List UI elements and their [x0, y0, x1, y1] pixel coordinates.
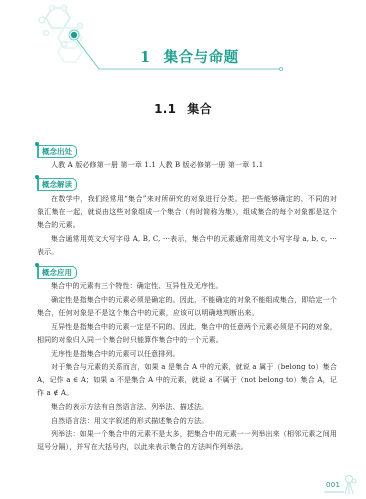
page-number: 001 [326, 481, 340, 489]
chapter-number: 1 [140, 49, 151, 66]
badge-dot-icon [35, 142, 39, 146]
section-title: 1.1集合 [0, 100, 366, 117]
badge-dot-icon [35, 175, 39, 179]
paragraph-representation-methods: 集合的表示方法有自然语言法、列举法、描述法。 [37, 401, 337, 414]
badge-concept-application: 概念应用 [37, 266, 77, 279]
badge-concept-interpretation: 概念解读 [37, 178, 77, 191]
paragraph-distinctness: 互异性是指集合中的元素一定是不同的。因此，集合中的任意两个元素必须是不同的对象，… [37, 321, 337, 347]
badge-label: 概念出处 [42, 147, 72, 156]
paragraph-definition: 在数学中，我们经常用“集合”来对所研究的对象进行分类。把一些能够确定的、不同的对… [37, 193, 337, 233]
section-name: 集合 [187, 102, 212, 116]
section-number: 1.1 [154, 102, 176, 116]
chapter-name: 集合与命题 [164, 49, 239, 66]
badge-concept-source: 概念出处 [37, 145, 77, 158]
paragraph-enumeration: 列举法：如果一个集合中的元素不是太多，把集合中的元素一一列举出来（相邻元素之间用… [37, 428, 337, 454]
paragraph-source: 人教 A 版必修第一册 第一章 1.1 人教 B 版必修第一册 第一章 1.1 [37, 159, 337, 172]
paragraph-notation: 集合通常用英文大写字母 A, B, C, ···表示，集合中的元素通常用英文小写… [37, 233, 337, 259]
chapter-header-decoration [0, 0, 366, 80]
badge-label: 概念解读 [42, 180, 72, 189]
paragraph-properties: 集合中的元素有三个特性：确定性、互异性及无序性。 [37, 280, 337, 293]
paragraph-membership: 对于集合与元素的关系而言，如果 a 是集合 A 中的元素，就说 a 属于（bel… [37, 361, 337, 401]
telescope-icon [340, 474, 358, 496]
paragraph-determinacy: 确定性是指集合中的元素必须是确定的。因此，不能确定的对象不能组成集合，即给定一个… [37, 294, 337, 320]
paragraph-unorderedness: 无序性是指集合中的元素可以任意排列。 [37, 348, 337, 361]
chapter-title: 1集合与命题 [140, 46, 239, 67]
paragraph-natural-language: 自然语言法：用文字叙述的形式描述集合的方法。 [37, 415, 337, 428]
badge-dot-icon [35, 263, 39, 267]
badge-label: 概念应用 [42, 268, 72, 277]
